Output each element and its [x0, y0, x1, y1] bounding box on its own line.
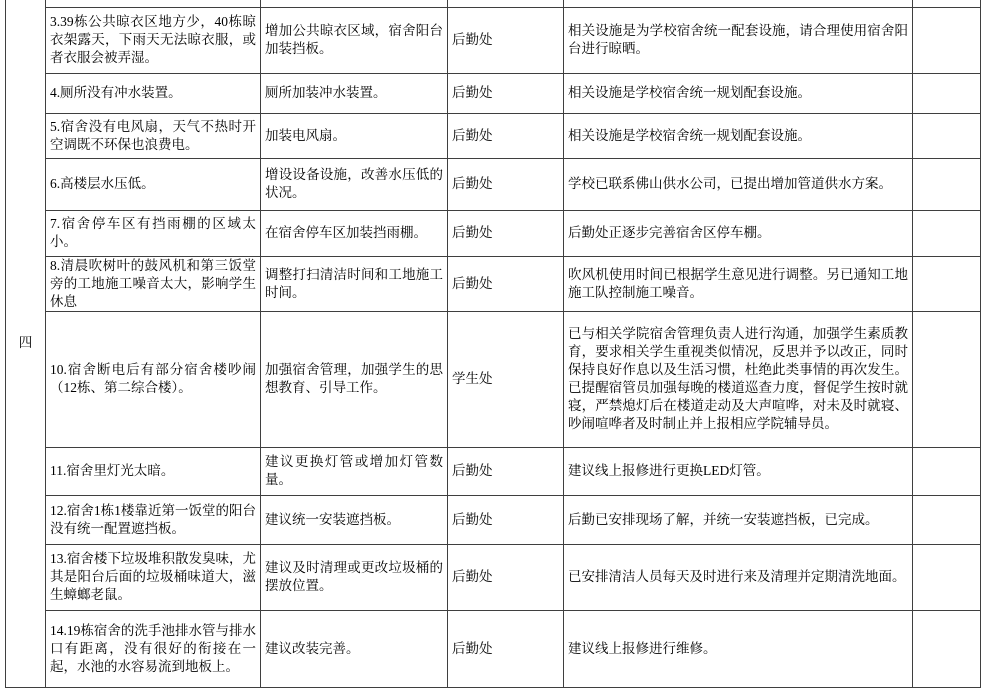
remark-cell [913, 610, 981, 687]
department-cell: 后勤处 [448, 73, 564, 113]
department-cell: 后勤处 [448, 447, 564, 495]
department-cell: 后勤处 [448, 7, 564, 73]
suggestion-cell: 建议统一安装遮挡板。 [261, 495, 448, 544]
response-cell: 学校已联系佛山供水公司，已提出增加管道供水方案。 [564, 158, 913, 210]
remark-cell [913, 495, 981, 544]
response-cell: 相关设施是学校宿舍统一规划配套设施。 [564, 73, 913, 113]
suggestion-cell: 调整打扫清洁时间和工地施工时间。 [261, 256, 448, 311]
department-cell: 后勤处 [448, 544, 564, 610]
department-cell: 后勤处 [448, 610, 564, 687]
cropped-cell [564, 0, 913, 7]
remark-cell [913, 158, 981, 210]
suggestion-cell: 加装电风扇。 [261, 113, 448, 158]
table-row: 8.清晨吹树叶的鼓风机和第三饭堂旁的工地施工噪音太大，影响学生休息 调整打扫清洁… [6, 256, 981, 311]
category-cell: 四 [6, 0, 46, 687]
table-row: 10.宿舍断电后有部分宿舍楼吵闹（12栋、第二综合楼）。 加强宿舍管理，加强学生… [6, 311, 981, 447]
table-row: 13.宿舍楼下垃圾堆积散发臭味，尤其是阳台后面的垃圾桶味道大，滋生蟑螂老鼠。 建… [6, 544, 981, 610]
cropped-row: 四 [6, 0, 981, 7]
problem-cell: 11.宿舍里灯光太暗。 [46, 447, 261, 495]
cropped-cell [261, 0, 448, 7]
response-cell: 相关设施是为学校宿舍统一配套设施，请合理使用宿舍阳台进行晾晒。 [564, 7, 913, 73]
problem-cell: 5.宿舍没有电风扇，天气不热时开空调既不环保也浪费电。 [46, 113, 261, 158]
cropped-cell [913, 0, 981, 7]
table-row: 14.19栋宿舍的洗手池排水管与排水口有距离，没有很好的衔接在一起，水池的水容易… [6, 610, 981, 687]
problem-cell: 3.39栋公共晾衣区地方少，40栋晾衣架露天，下雨天无法晾衣服，或者衣服会被弄湿… [46, 7, 261, 73]
problem-cell: 8.清晨吹树叶的鼓风机和第三饭堂旁的工地施工噪音太大，影响学生休息 [46, 256, 261, 311]
response-cell: 吹风机使用时间已根据学生意见进行调整。另已通知工地施工队控制施工噪音。 [564, 256, 913, 311]
department-cell: 后勤处 [448, 210, 564, 256]
table-row: 11.宿舍里灯光太暗。 建议更换灯管或增加灯管数量。 后勤处 建议线上报修进行更… [6, 447, 981, 495]
department-cell: 后勤处 [448, 113, 564, 158]
department-cell: 学生处 [448, 311, 564, 447]
remark-cell [913, 73, 981, 113]
document-page: 四 3.39栋公共晾衣区地方少，40栋晾衣架露天，下雨天无法晾衣服，或者衣服会被… [0, 0, 981, 692]
department-cell: 后勤处 [448, 158, 564, 210]
department-cell: 后勤处 [448, 495, 564, 544]
suggestion-cell: 建议及时清理或更改垃圾桶的摆放位置。 [261, 544, 448, 610]
suggestion-cell: 加强宿舍管理，加强学生的思想教育、引导工作。 [261, 311, 448, 447]
problem-cell: 7.宿舍停车区有挡雨棚的区域太小。 [46, 210, 261, 256]
problem-cell: 4.厕所没有冲水装置。 [46, 73, 261, 113]
suggestion-cell: 在宿舍停车区加装挡雨棚。 [261, 210, 448, 256]
table-row: 3.39栋公共晾衣区地方少，40栋晾衣架露天，下雨天无法晾衣服，或者衣服会被弄湿… [6, 7, 981, 73]
department-cell: 后勤处 [448, 256, 564, 311]
response-cell: 建议线上报修进行维修。 [564, 610, 913, 687]
feedback-table: 四 3.39栋公共晾衣区地方少，40栋晾衣架露天，下雨天无法晾衣服，或者衣服会被… [5, 0, 981, 688]
remark-cell [913, 210, 981, 256]
cropped-cell [448, 0, 564, 7]
response-cell: 已与相关学院宿舍管理负责人进行沟通，加强学生素质教育，要求相关学生重视类似情况，… [564, 311, 913, 447]
table-row: 12.宿舍1栋1楼靠近第一饭堂的阳台没有统一配置遮挡板。 建议统一安装遮挡板。 … [6, 495, 981, 544]
table-row: 5.宿舍没有电风扇，天气不热时开空调既不环保也浪费电。 加装电风扇。 后勤处 相… [6, 113, 981, 158]
problem-cell: 14.19栋宿舍的洗手池排水管与排水口有距离，没有很好的衔接在一起，水池的水容易… [46, 610, 261, 687]
table-row: 7.宿舍停车区有挡雨棚的区域太小。 在宿舍停车区加装挡雨棚。 后勤处 后勤处正逐… [6, 210, 981, 256]
cropped-cell [46, 0, 261, 7]
remark-cell [913, 7, 981, 73]
suggestion-cell: 增加公共晾衣区域，宿舍阳台加装挡板。 [261, 7, 448, 73]
response-cell: 已安排清洁人员每天及时进行来及清理并定期清洗地面。 [564, 544, 913, 610]
remark-cell [913, 544, 981, 610]
problem-cell: 12.宿舍1栋1楼靠近第一饭堂的阳台没有统一配置遮挡板。 [46, 495, 261, 544]
table-row: 4.厕所没有冲水装置。 厕所加装冲水装置。 后勤处 相关设施是学校宿舍统一规划配… [6, 73, 981, 113]
problem-cell: 13.宿舍楼下垃圾堆积散发臭味，尤其是阳台后面的垃圾桶味道大，滋生蟑螂老鼠。 [46, 544, 261, 610]
response-cell: 建议线上报修进行更换LED灯管。 [564, 447, 913, 495]
response-cell: 后勤已安排现场了解，并统一安装遮挡板，已完成。 [564, 495, 913, 544]
problem-cell: 6.高楼层水压低。 [46, 158, 261, 210]
suggestion-cell: 厕所加装冲水装置。 [261, 73, 448, 113]
response-cell: 后勤处正逐步完善宿舍区停车棚。 [564, 210, 913, 256]
problem-cell: 10.宿舍断电后有部分宿舍楼吵闹（12栋、第二综合楼）。 [46, 311, 261, 447]
suggestion-cell: 增设设备设施，改善水压低的状况。 [261, 158, 448, 210]
remark-cell [913, 113, 981, 158]
response-cell: 相关设施是学校宿舍统一规划配套设施。 [564, 113, 913, 158]
remark-cell [913, 311, 981, 447]
remark-cell [913, 447, 981, 495]
remark-cell [913, 256, 981, 311]
suggestion-cell: 建议改装完善。 [261, 610, 448, 687]
suggestion-cell: 建议更换灯管或增加灯管数量。 [261, 447, 448, 495]
table-row: 6.高楼层水压低。 增设设备设施，改善水压低的状况。 后勤处 学校已联系佛山供水… [6, 158, 981, 210]
